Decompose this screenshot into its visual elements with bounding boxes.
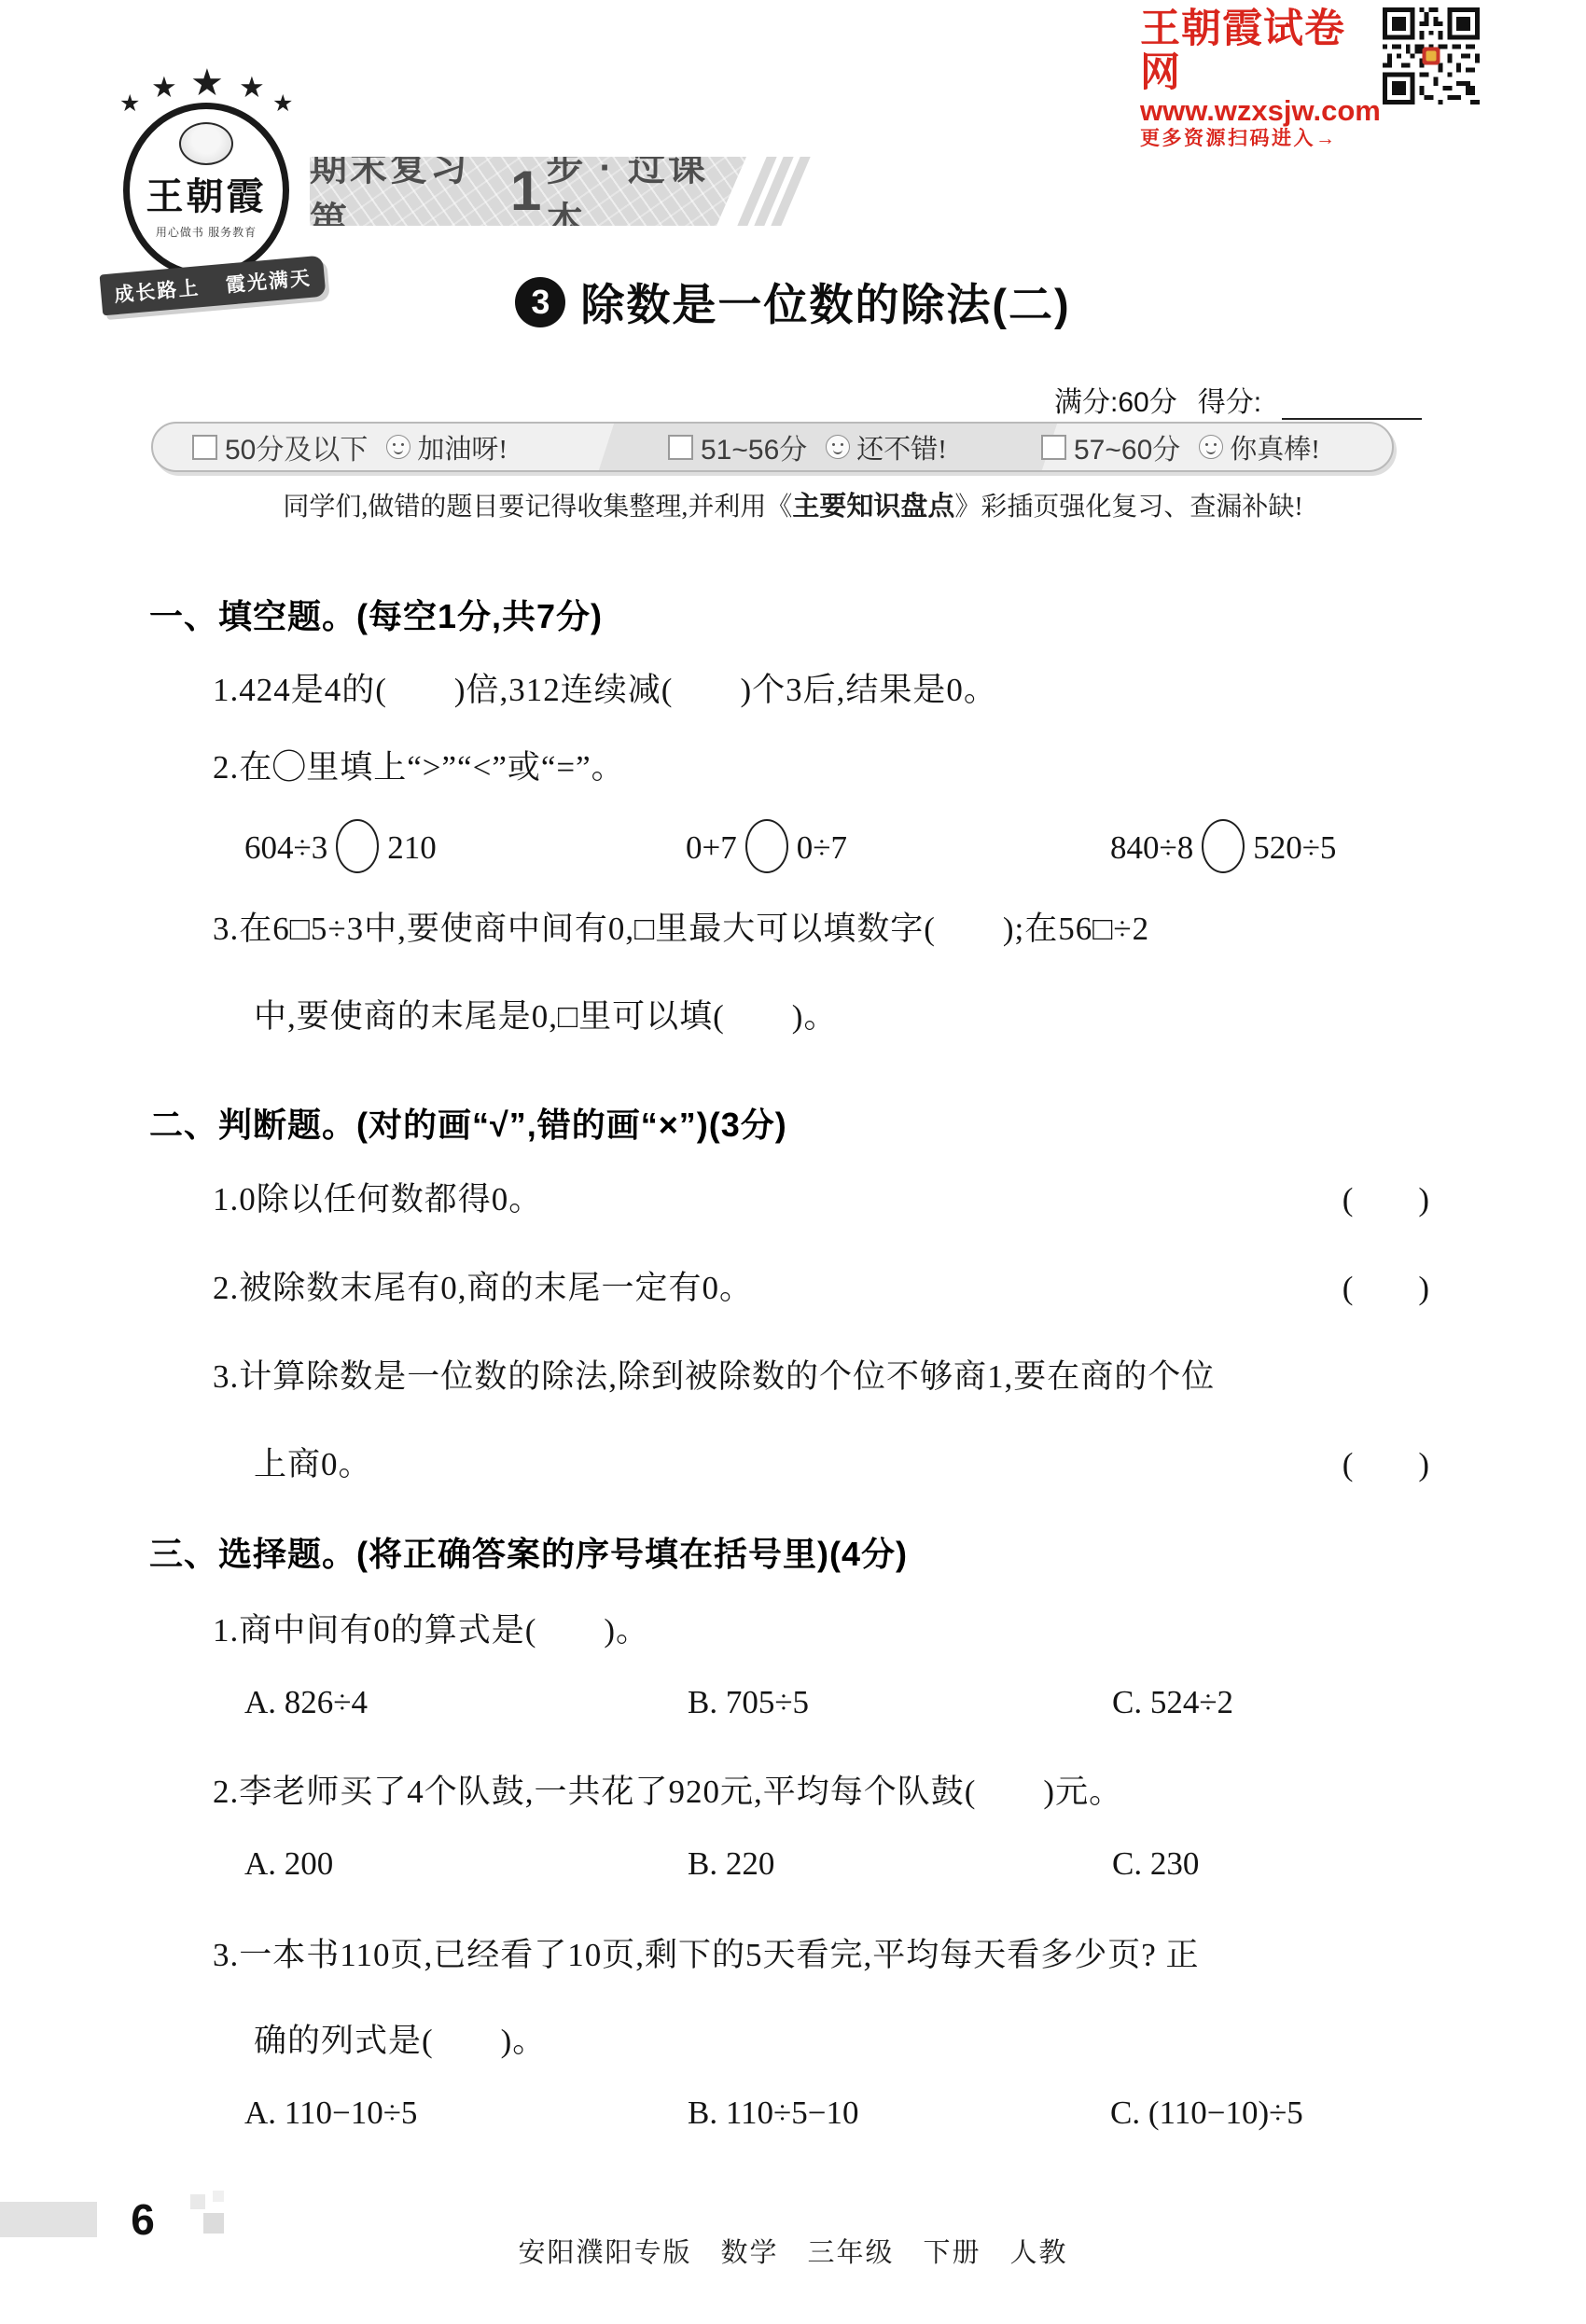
score-label: 得分: [1198, 379, 1261, 420]
option-c: C. 524÷2 [1112, 1684, 1233, 1721]
option-c: C. (110−10)÷5 [1110, 2094, 1303, 2132]
band-comment-low: 加油呀! [417, 428, 508, 466]
band-segment-high: 57~60分 你真棒! [1041, 424, 1320, 470]
smiley-face-icon [386, 435, 410, 459]
star-icon: ★ [190, 62, 224, 104]
notice-line: 同学们,做错的题目要记得收集整理,并利用《主要知识盘点》彩插页强化复习、查漏补缺… [0, 485, 1586, 523]
comparison-right: 520÷5 [1253, 829, 1336, 866]
lesson-title-text: 除数是一位数的除法(二) [580, 271, 1070, 333]
banner-text-post: 步 · 过课本 [546, 138, 746, 244]
band-comment-high: 你真棒! [1230, 428, 1320, 466]
judgment-statement: 1.0除以任何数都得0。 [213, 1174, 542, 1220]
brand-site-url: www.wzxsjw.com [1140, 96, 1379, 125]
question: 1.424是4的( )倍,312连续减( )个3后,结果是0。 [213, 664, 997, 711]
option-a: A. 110−10÷5 [244, 2094, 417, 2132]
answer-circle [745, 819, 788, 873]
logo-tagline: 用心做书 服务教育 [156, 224, 257, 240]
star-icon: ★ [119, 90, 140, 117]
score-line: 满分:60分 得分: [1054, 379, 1422, 420]
comparison-left: 0+7 [686, 829, 737, 866]
checkbox-mid[interactable] [668, 435, 693, 460]
footer-deco-square [203, 2213, 224, 2234]
answer-circle [336, 819, 379, 873]
question-continuation: 中,要使商的末尾是0,□里可以填( )。 [254, 991, 837, 1037]
footer-deco-square [213, 2191, 224, 2202]
review-step-banner: 期末复习第 1 步 · 过课本 [310, 157, 746, 226]
section-three-heading: 三、选择题。(将正确答案的序号填在括号里)(4分) [149, 1528, 908, 1576]
question: 2.在◯里填上“>”“<”或“=”。 [213, 742, 625, 788]
comparison-left: 604÷3 [244, 829, 327, 866]
option-b: B. 220 [688, 1845, 774, 1883]
judgment-statement: 3.计算除数是一位数的除法,除到被除数的个位不够商1,要在商的个位 [213, 1351, 1215, 1398]
logo-circle: 王朝霞 用心做书 服务教育 [123, 103, 289, 278]
answer-circle [1202, 819, 1245, 873]
star-icon: ★ [239, 71, 265, 104]
banner-text-pre: 期末复习第 [310, 138, 508, 244]
band-comment-mid: 还不错! [856, 428, 947, 466]
band-range-low: 50分及以下 [225, 426, 368, 467]
notice-post: 》彩插页强化复习、查漏补缺! [954, 493, 1302, 522]
comparison-item: 840÷8520÷5 [1110, 819, 1336, 873]
question: 3.在6□5÷3中,要使商中间有0,□里最大可以填数字( );在56□÷2 [213, 903, 1149, 950]
star-icon: ★ [151, 71, 177, 104]
brand-site-name: 王朝霞试卷网 [1140, 7, 1379, 96]
answer-bracket: ( ) [1343, 1262, 1429, 1309]
worksheet-page: 王朝霞试卷网 www.wzxsjw.com 更多资源扫码进入→ [0, 0, 1586, 2324]
notice-pre: 同学们,做错的题目要记得收集整理,并利用《 [283, 493, 792, 522]
qr-code-icon [1383, 7, 1480, 104]
checkbox-high[interactable] [1041, 435, 1066, 460]
score-blank [1282, 388, 1422, 420]
checkbox-low[interactable] [192, 435, 217, 460]
option-b: B. 110÷5−10 [688, 2094, 859, 2132]
option-a: A. 826÷4 [244, 1684, 368, 1721]
notice-book-title: 主要知识盘点 [792, 492, 954, 522]
band-segment-mid: 51~56分 还不错! [668, 424, 947, 470]
comparison-left: 840÷8 [1110, 829, 1193, 866]
brand-qr-caption: 更多资源扫码进入→ [1140, 125, 1379, 152]
score-band: 50分及以下 加油呀! 51~56分 还不错! 57~60分 你真棒! [151, 422, 1394, 472]
banner-step-number: 1 [510, 163, 544, 219]
option-b: B. 705÷5 [688, 1684, 809, 1721]
full-score-label: 满分:60分 [1054, 379, 1177, 420]
question: 3.一本书110页,已经看了10页,剩下的5天看完,平均每天看多少页? 正 [213, 1929, 1200, 1976]
option-a: A. 200 [244, 1845, 333, 1883]
smiley-face-icon [826, 435, 850, 459]
smiley-face-icon [1199, 435, 1223, 459]
question: 2.李老师买了4个队鼓,一共花了920元,平均每个队鼓( )元。 [213, 1766, 1122, 1813]
question-continuation: 确的列式是( )。 [254, 2015, 546, 2062]
judgment-statement: 2.被除数末尾有0,商的末尾一定有0。 [213, 1262, 753, 1309]
band-range-high: 57~60分 [1074, 426, 1180, 467]
comparison-right: 210 [387, 829, 437, 866]
answer-bracket: ( ) [1343, 1174, 1429, 1220]
judgment-continuation: 上商0。 [254, 1439, 372, 1485]
brand-block: 王朝霞试卷网 www.wzxsjw.com 更多资源扫码进入→ [1140, 7, 1379, 152]
comparison-item: 0+70÷7 [686, 819, 847, 873]
logo-name: 王朝霞 [146, 167, 267, 220]
section-one-heading: 一、填空题。(每空1分,共7分) [149, 591, 603, 638]
qr-code-svg [1383, 7, 1480, 104]
portrait-icon [179, 122, 233, 165]
comparison-right: 0÷7 [797, 829, 847, 866]
star-icon: ★ [272, 90, 293, 117]
footer-edition-text: 安阳濮阳专版 数学 三年级 下册 人教 [0, 2232, 1586, 2270]
option-c: C. 230 [1112, 1845, 1199, 1883]
question: 1.商中间有0的算式是( )。 [213, 1605, 649, 1651]
section-two-heading: 二、判断题。(对的画“√”,错的画“×”)(3分) [149, 1099, 787, 1147]
answer-bracket: ( ) [1343, 1439, 1429, 1485]
footer-deco-square [190, 2194, 205, 2209]
lesson-title-row: 3 除数是一位数的除法(二) [0, 271, 1586, 333]
band-range-mid: 51~56分 [701, 426, 807, 467]
comparison-item: 604÷3210 [244, 819, 437, 873]
band-segment-low: 50分及以下 加油呀! [192, 424, 508, 470]
lesson-number-badge: 3 [515, 277, 565, 327]
